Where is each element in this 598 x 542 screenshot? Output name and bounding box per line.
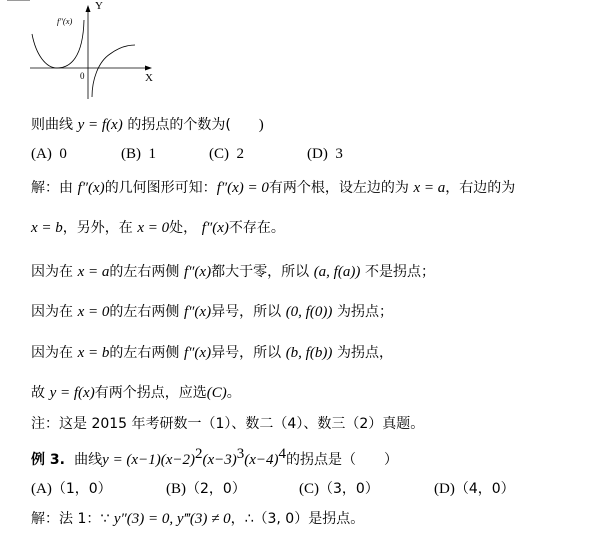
option-c: (C) 2 [209, 146, 244, 163]
note: 注：这是 2015 年考研数一（1）、数二（4）、数三（2）真题。 [31, 414, 424, 434]
solution-line-1: 解：由 f″(x)的几何图形可知：f″(x) = 0有两个根，设左边的为 x =… [31, 178, 515, 198]
solution-line-4: 因为在 x = 0的左右两侧 f″(x)异号，所以 (0, f(0)) 为拐点； [31, 302, 393, 322]
option-d: (D) 3 [307, 146, 343, 163]
example-3-solution: 解：法 1：∵ y″(3) = 0, y‴(3) ≠ 0，∴（3, 0）是拐点。 [31, 509, 364, 529]
example-3-option-b: (B)（2，0） [166, 478, 246, 498]
example-3-option-a: (A)（1，0） [31, 478, 112, 498]
solution-conclusion: 故 y = f(x)有两个拐点，应选(C)。 [31, 383, 241, 403]
example-3-label: 例 3. [31, 452, 65, 468]
solution-line-3: 因为在 x = a的左右两侧 f″(x)都大于零，所以 (a, f(a)) 不是… [31, 262, 435, 282]
graph-y-label: Y [95, 0, 103, 12]
graph-curve-label: f″(x) [57, 16, 72, 26]
solution-line-2: x = b，另外，在 x = 0处， f″(x)不存在。 [31, 218, 285, 238]
example-3-option-c: (C)（3，0） [299, 478, 379, 498]
option-b: (B) 1 [121, 146, 156, 163]
graph-origin-label: 0 [80, 71, 85, 81]
graph-x-label: X [145, 72, 153, 84]
second-derivative-graph [0, 0, 160, 100]
solution-line-5: 因为在 x = b的左右两侧 f″(x)异号，所以 (b, f(b)) 为拐点， [31, 343, 393, 363]
example-3-stem: 例 3. 曲线y = (x−1)(x−2)2(x−3)3(x−4)4的拐点是（） [31, 444, 398, 470]
option-a: (A) 0 [31, 146, 67, 163]
example-3-option-d: (D)（4，0） [434, 478, 515, 498]
question-stem: 则曲线 y = f(x) 的拐点的个数为() [31, 115, 264, 135]
